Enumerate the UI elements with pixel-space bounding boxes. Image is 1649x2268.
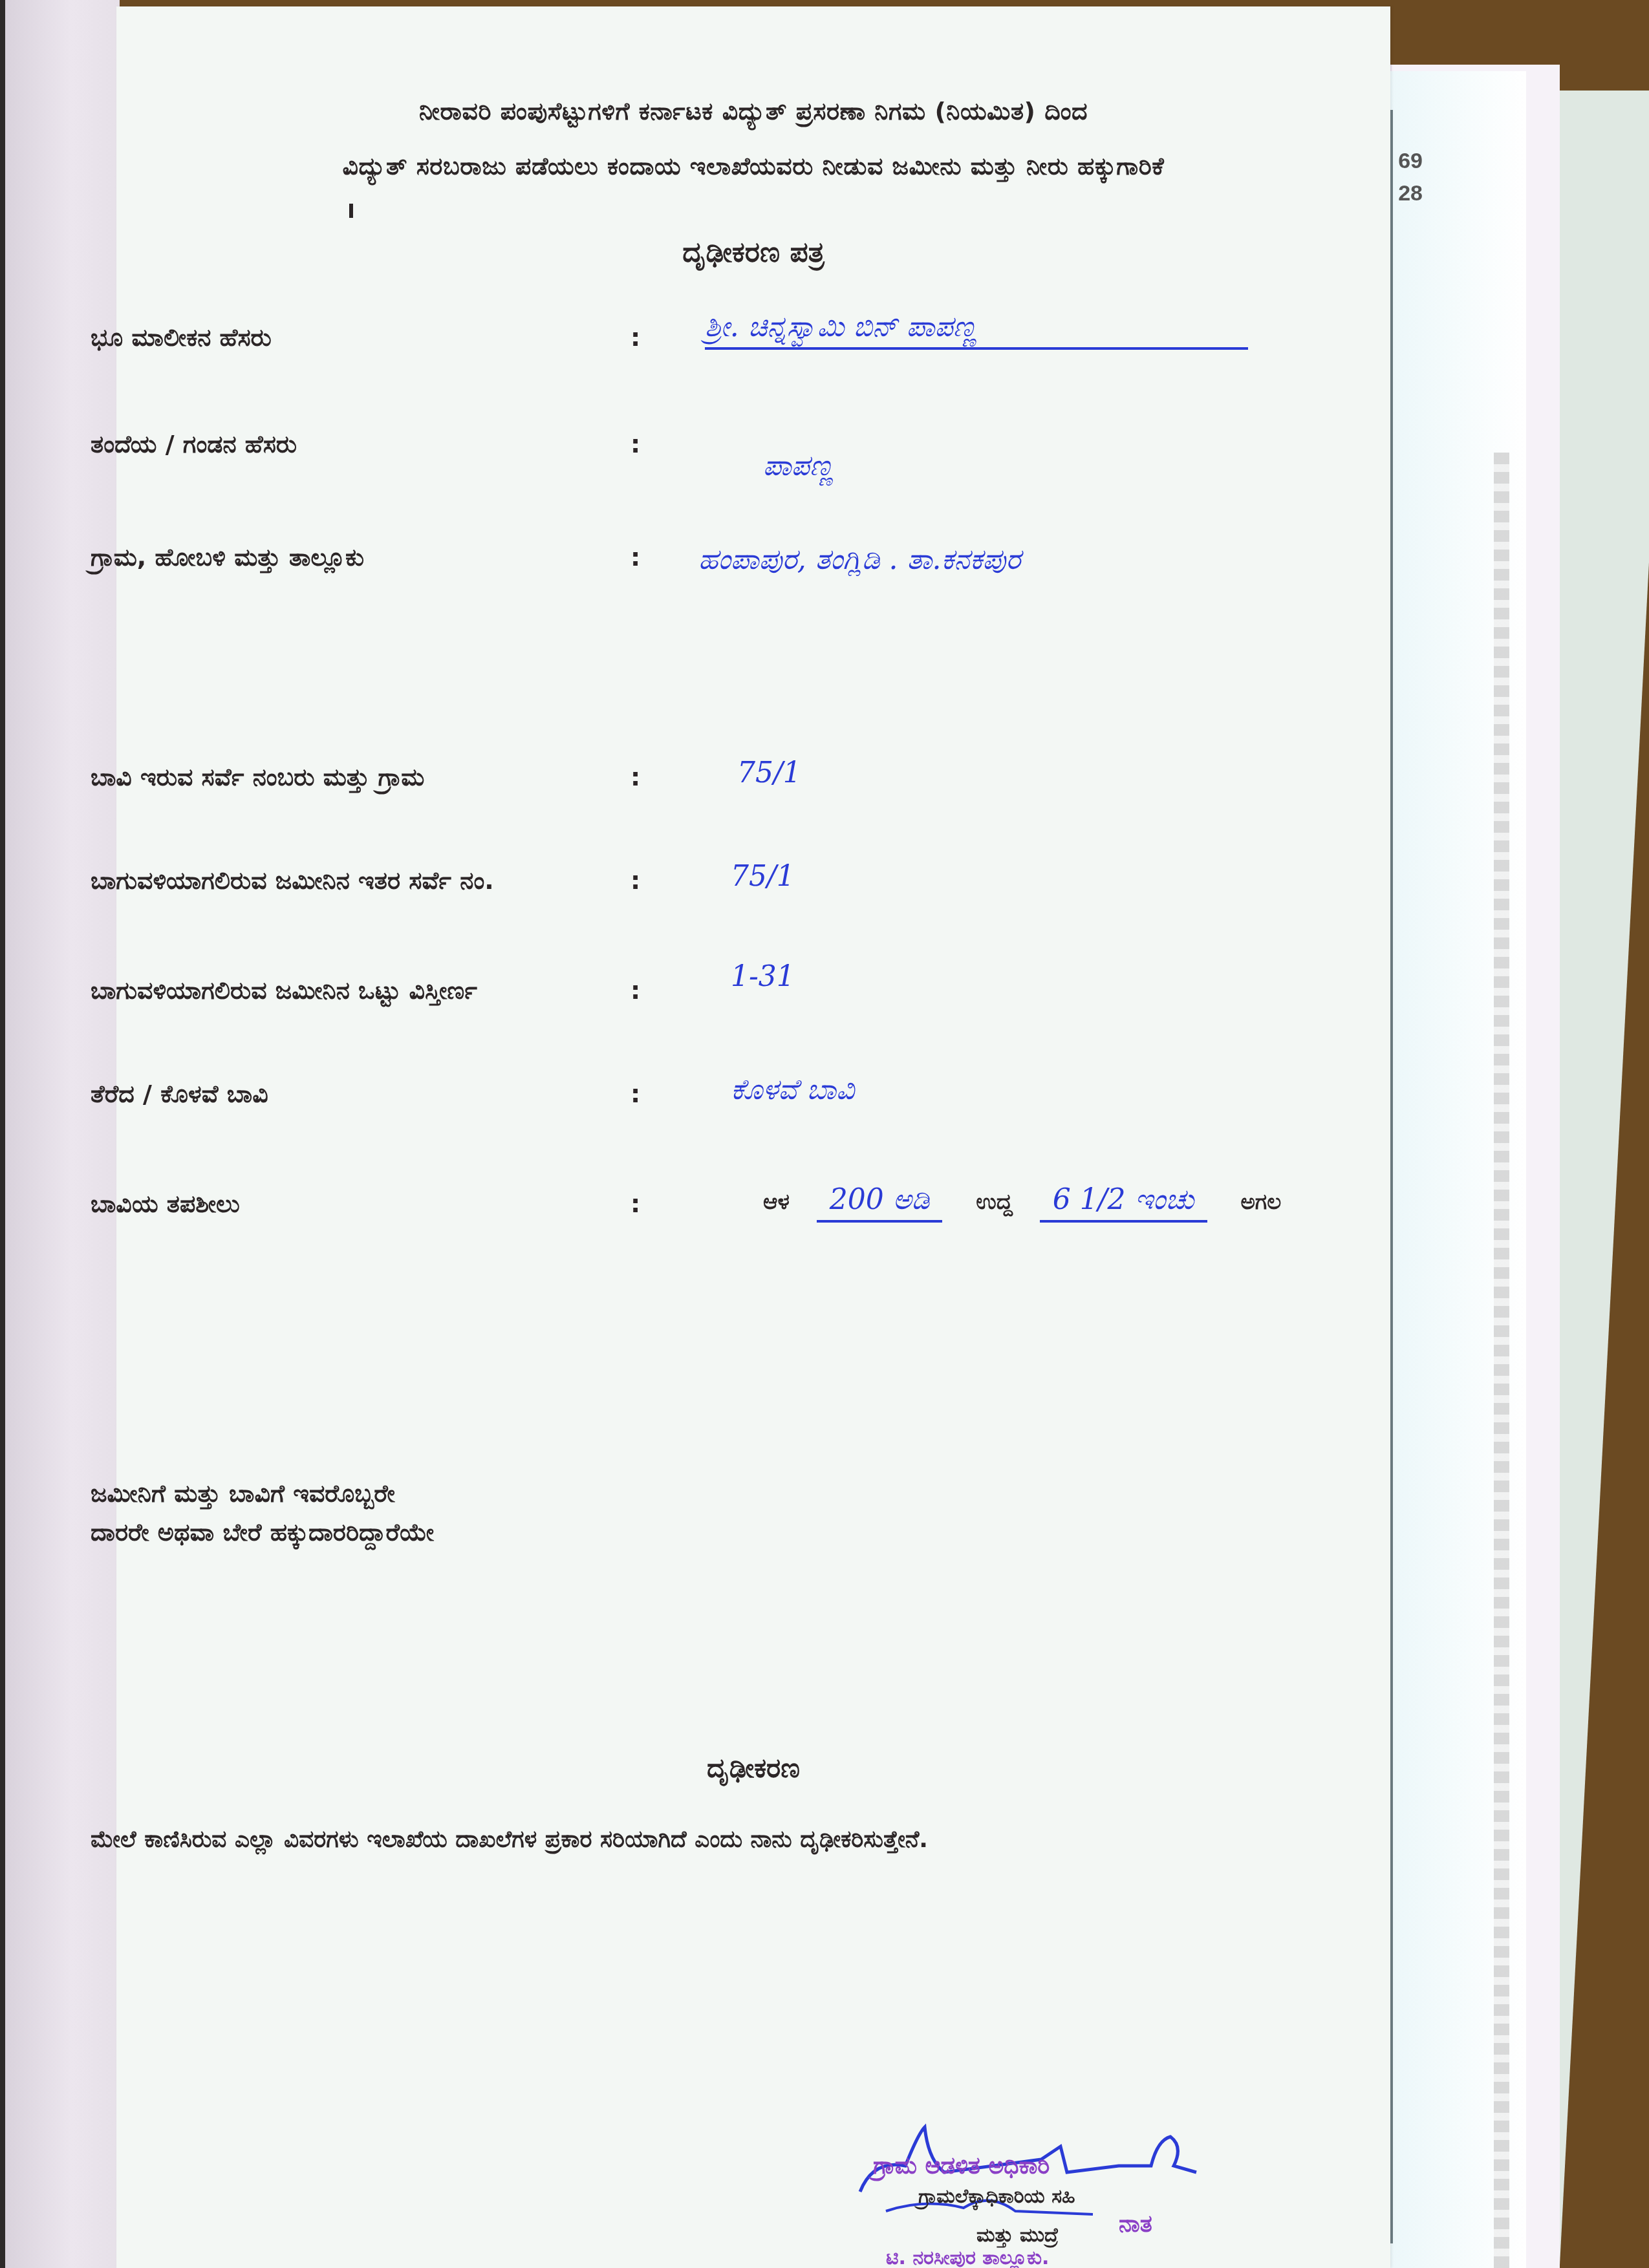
field-father-name: ತಂದೆಯ / ಗಂಡನ ಹೆಸರು : ಪಾಪಣ್ಣ [116,430,1390,482]
well-dimensions: ಆಳ 200 ಅಡಿ ಉದ್ದ 6 1/2 ಇಂಚು ಅಗಲ [763,1183,1300,1223]
field-separator: : [630,543,640,572]
field-village-hobli-taluk: ಗ್ರಾಮ, ಹೋಬಳಿ ಮತ್ತು ತಾಲ್ಲೂಕು : ಹಂಪಾಪುರ, ತ… [116,543,1390,595]
field-label: ಭೂ ಮಾಲೀಕನ ಹೆಸರು [91,323,272,352]
header-line-2: ವಿದ್ಯುತ್ ಸರಬರಾಜು ಪಡೆಯಲು ಕಂದಾಯ ಇಲಾಖೆಯವರು … [116,152,1390,181]
field-label: ತೆರೆದ / ಕೊಳವೆ ಬಾವಿ [91,1080,268,1109]
stamp-line-1: ಗ್ರಾಮ ಆಡಳಿತ ಅಧಿಕಾರಿ [873,2153,1050,2180]
field-separator: : [630,1190,640,1218]
ink-mark [349,204,353,218]
field-value: 1-31 [731,960,795,993]
form-border-line [1390,110,1393,2243]
stamp-line-3: ಟಿ. ನರಸೀಪುರ ತಾಲ್ಲೂಕು. [886,2247,1049,2268]
field-separator: : [630,1080,640,1108]
field-value: 75/1 [737,756,801,789]
field-well-survey-number: ಬಾವಿ ಇರುವ ಸರ್ವೆ ನಂಬರು ಮತ್ತು ಗ್ರಾಮ : 75/1 [116,763,1390,815]
rights-question-line-1: ಜಮೀನಿಗೆ ಮತ್ತು ಬಾವಿಗೆ ಇವರೊಬ್ಬರೇ [91,1474,434,1513]
header-line-1: ನೀರಾವರಿ ಪಂಪುಸೆಟ್ಟುಗಳಿಗೆ ಕರ್ನಾಟಕ ವಿದ್ಯುತ್… [116,97,1390,126]
signature-block: ಗ್ರಾಮ ಆಡಳಿತ ಅಧಿಕಾರಿ ಗ್ರಾಮಲೆಕ್ಕಾಧಿಕಾರಿಯ ಸ… [847,2121,1209,2268]
field-value: ಪಾಪಣ್ಣ [763,449,834,482]
width-label: ಅಗಲ [1240,1189,1281,1215]
field-well-details: ಬಾವಿಯ ತಪಶೀಲು : ಆಳ 200 ಅಡಿ ಉದ್ದ 6 1/2 ಇಂಚ… [116,1190,1390,1241]
length-label: ಉದ್ದ [976,1189,1013,1215]
perforated-edge [1494,453,1509,2268]
field-label: ಬಾಗುವಳಿಯಾಗಲಿರುವ ಜಮೀನಿನ ಒಟ್ಟು ವಿಸ್ತೀರ್ಣ [91,976,477,1005]
depth-value: 200 ಅಡಿ [817,1183,943,1223]
rights-question: ಜಮೀನಿಗೆ ಮತ್ತು ಬಾವಿಗೆ ಇವರೊಬ್ಬರೇ ದಾರರೇ ಅಥವ… [91,1474,434,1552]
certificate-page: ನೀರಾವರಿ ಪಂಪುಸೆಟ್ಟುಗಳಿಗೆ ಕರ್ನಾಟಕ ವಿದ್ಯುತ್… [116,6,1390,2268]
field-total-area: ಬಾಗುವಳಿಯಾಗಲಿರುವ ಜಮೀನಿನ ಒಟ್ಟು ವಿಸ್ತೀರ್ಣ :… [116,976,1390,1028]
field-value: ಕೊಳವೆ ಬಾವಿ [731,1073,854,1106]
field-label: ಬಾವಿ ಇರುವ ಸರ್ವೆ ನಂಬರು ಮತ್ತು ಗ್ರಾಮ [91,763,424,792]
field-value: ಶ್ರೀ. ಚಿನ್ನಸ್ವಾಮಿ ಬಿನ್ ಪಾಪಣ್ಣ [705,310,1248,350]
field-other-survey-number: ಬಾಗುವಳಿಯಾಗಲಿರುವ ಜಮೀನಿನ ಇತರ ಸರ್ವೆ ನಂ. : 7… [116,866,1390,918]
field-label: ತಂದೆಯ / ಗಂಡನ ಹೆಸರು [91,430,297,459]
field-separator: : [630,976,640,1005]
field-value: 75/1 [731,860,795,893]
rights-question-line-2: ದಾರರೇ ಅಥವಾ ಬೇರೆ ಹಕ್ಕುದಾರರಿದ್ದಾರೆಯೇ [91,1513,434,1552]
field-separator: : [630,323,640,352]
signature-label: ಗ್ರಾಮಲೆಕ್ಕಾಧಿಕಾರಿಯ ಸಹಿ [918,2185,1075,2208]
depth-label: ಆಳ [763,1189,790,1215]
stamp-line-2: ನಾತ [1119,2211,1152,2238]
field-separator: : [630,430,640,458]
field-owner-name: ಭೂ ಮಾಲೀಕನ ಹೆಸರು : ಶ್ರೀ. ಚಿನ್ನಸ್ವಾಮಿ ಬಿನ್… [116,323,1390,375]
field-separator: : [630,763,640,791]
width-value: 6 1/2 ಇಂಚು [1040,1183,1207,1223]
field-label: ಗ್ರಾಮ, ಹೋಬಳಿ ಮತ್ತು ತಾಲ್ಲೂಕು [91,543,364,572]
field-separator: : [630,866,640,895]
certification-title: ದೃಢೀಕರಣ [116,1752,1390,1784]
field-well-type: ತೆರೆದ / ಕೊಳವೆ ಬಾವಿ : ಕೊಳವೆ ಬಾವಿ [116,1080,1390,1131]
field-label: ಬಾಗುವಳಿಯಾಗಲಿರುವ ಜಮೀನಿನ ಇತರ ಸರ್ವೆ ನಂ. [91,866,494,895]
page-title: ದೃಢೀಕರಣ ಪತ್ರ [116,236,1390,269]
field-value: ಹಂಪಾಪುರ, ತಂಗ್ಲಿಡಿ . ತಾ.ಕನಕಪುರ [698,543,1021,576]
seal-label: ಮತ್ತು ಮುದ್ರೆ [976,2224,1059,2247]
certification-statement: ಮೇಲೆ ಕಾಣಿಸಿರುವ ಎಲ್ಲಾ ವಿವರಗಳು ಇಲಾಖೆಯ ದಾಖಲ… [91,1826,928,1854]
field-label: ಬಾವಿಯ ತಪಶೀಲು [91,1190,240,1219]
